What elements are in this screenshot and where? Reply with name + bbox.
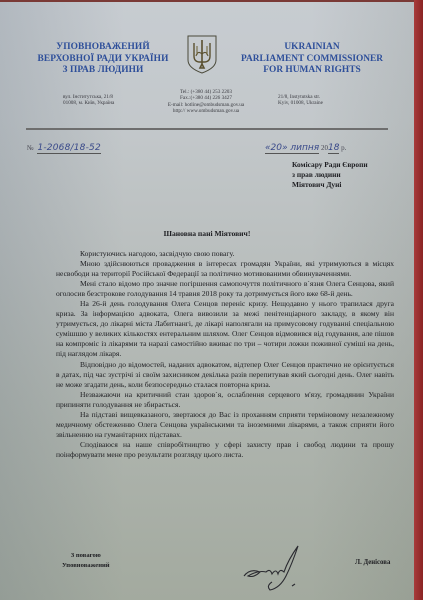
address-line: Kyiv, 01008, Ukraine bbox=[278, 100, 323, 106]
address-english: 21/8, Instytutska str. Kyiv, 01008, Ukra… bbox=[278, 94, 323, 107]
address-ukrainian: вул. Інститутська, 21/8 01008, м. Київ, … bbox=[63, 94, 114, 107]
letterhead-en-line: FOR HUMAN RIGHTS bbox=[232, 65, 392, 77]
addressee-line: з прав людини bbox=[292, 170, 368, 180]
addressee-line: Комісару Ради Європи bbox=[292, 160, 368, 170]
signer-name: Л. Денісова bbox=[355, 559, 390, 566]
closing-title: Уповноважений bbox=[62, 561, 110, 571]
body-paragraph: Користуючись нагодою, засвідчую свою пов… bbox=[56, 249, 394, 259]
letterhead-ua-line: УПОВНОВАЖЕНИЙ bbox=[28, 42, 178, 54]
body-paragraph: Сподіваюся на наше співробітництво у сфе… bbox=[56, 440, 394, 460]
body-paragraph: Мені стало відомо про значне погіршення … bbox=[56, 279, 394, 299]
letter-body: Користуючись нагодою, засвідчую свою пов… bbox=[56, 249, 394, 460]
addressee-line: Міятович Дуні bbox=[292, 180, 368, 190]
reference-number-value: 1-2068/18-52 bbox=[37, 143, 100, 154]
trident-coat-of-arms-icon bbox=[186, 34, 218, 74]
body-paragraph: Відповідно до відомостей, наданих адвока… bbox=[56, 360, 394, 390]
letterhead-ua-line: З ПРАВ ЛЮДИНИ bbox=[28, 65, 178, 77]
reference-number-label: № bbox=[27, 144, 34, 152]
reference-number: № 1-2068/18-52 bbox=[27, 143, 101, 153]
date-month: » липня bbox=[282, 143, 319, 154]
website-url: http:// www.ombudsman.gov.ua bbox=[151, 108, 261, 114]
addressee-block: Комісару Ради Європи з прав людини Міято… bbox=[292, 160, 368, 191]
address-line: 01008, м. Київ, Україна bbox=[63, 100, 114, 106]
body-paragraph: Незважаючи на критичний стан здоров`я, о… bbox=[56, 390, 394, 410]
date-day: «20 bbox=[265, 143, 282, 154]
date-year-prefix: 20 bbox=[321, 144, 328, 152]
date-year-suffix: 18 bbox=[328, 143, 339, 154]
letterhead-divider bbox=[26, 128, 388, 130]
letterhead-english-title: UKRAINIAN PARLIAMENT COMMISSIONER FOR HU… bbox=[232, 42, 392, 77]
letterhead-en-line: PARLIAMENT COMMISSIONER bbox=[232, 54, 392, 66]
body-paragraph: На 26-й день голодування Олега Сенцов пе… bbox=[56, 299, 394, 359]
letter-page: УПОВНОВАЖЕНИЙ ВЕРХОВНОЇ РАДИ УКРАЇНИ З П… bbox=[0, 2, 414, 600]
salutation: Шановна пані Міятович! bbox=[0, 229, 414, 238]
letterhead-ukrainian-title: УПОВНОВАЖЕНИЙ ВЕРХОВНОЇ РАДИ УКРАЇНИ З П… bbox=[28, 42, 178, 77]
letterhead-en-line: UKRAINIAN bbox=[232, 42, 392, 54]
body-paragraph: На підставі вищевказаного, звертаюся до … bbox=[56, 410, 394, 440]
closing-regards: З повагою bbox=[62, 551, 110, 561]
date-unit: р. bbox=[341, 144, 346, 152]
background-right-edge bbox=[414, 0, 423, 600]
closing-block: З повагою Уповноважений bbox=[62, 551, 110, 571]
letter-date: «20» липня 2018 р. bbox=[265, 143, 346, 153]
body-paragraph: Мною здійснюються провадження в інтереса… bbox=[56, 259, 394, 279]
letterhead-ua-line: ВЕРХОВНОЇ РАДИ УКРАЇНИ bbox=[28, 54, 178, 66]
handwritten-signature-icon bbox=[240, 542, 310, 594]
contact-info: Tel.: (+380 44) 253 2203 Fax.:(+380 44) … bbox=[151, 89, 261, 115]
